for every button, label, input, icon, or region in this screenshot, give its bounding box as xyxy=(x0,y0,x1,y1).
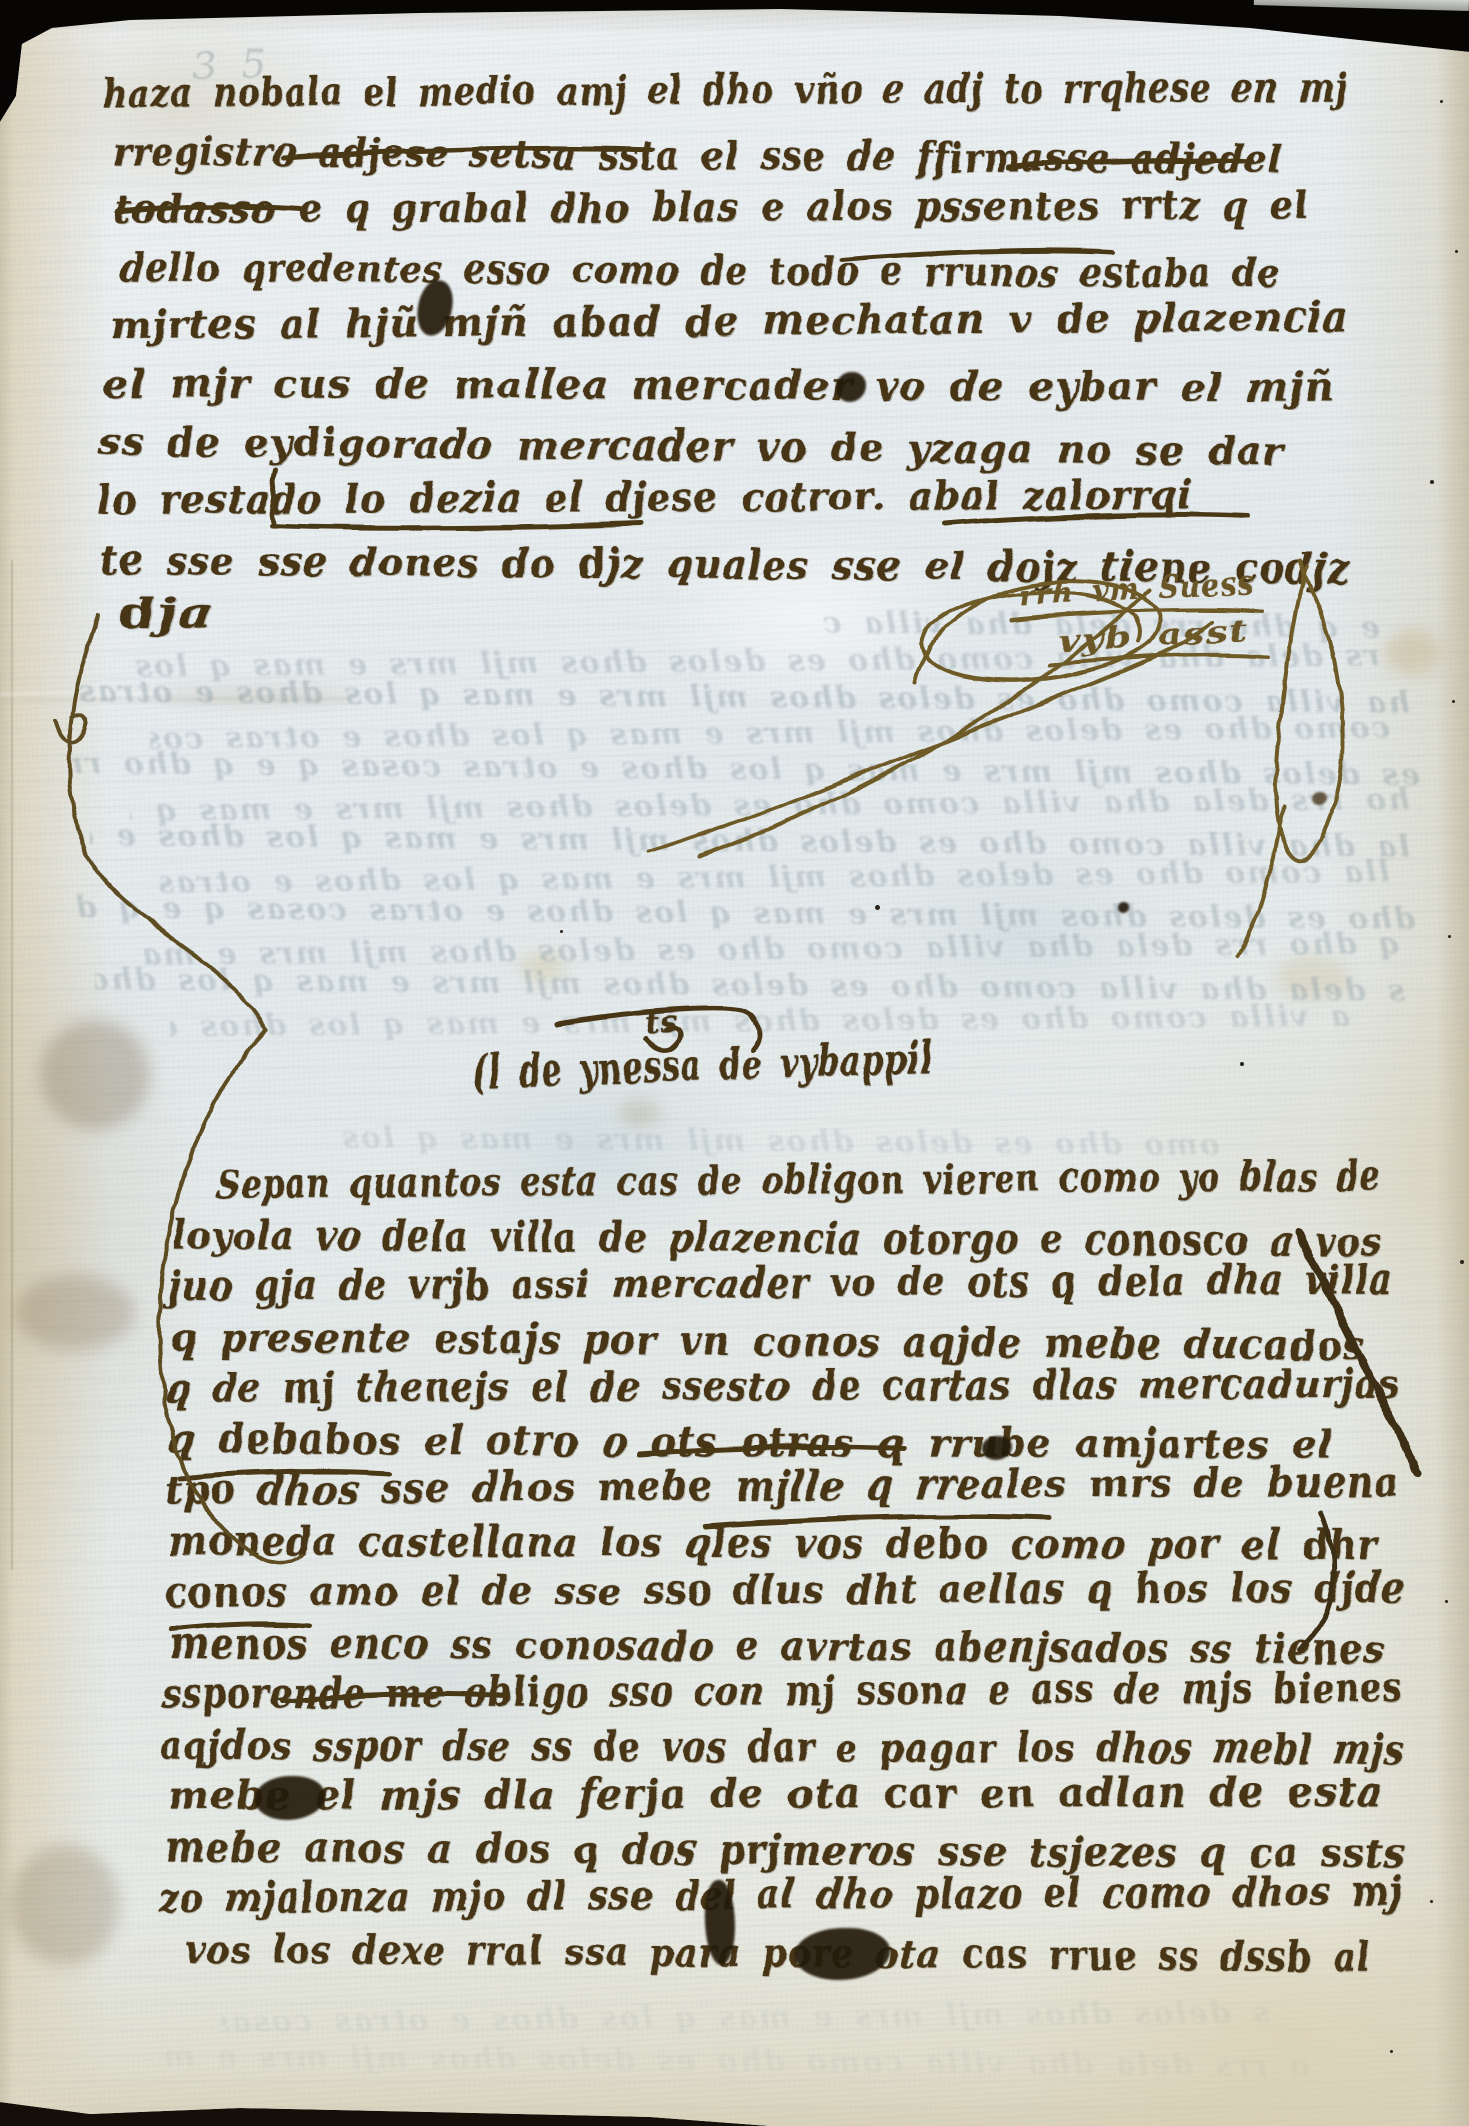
heading-flourish xyxy=(557,1009,759,1050)
margin-flourish xyxy=(56,616,302,1564)
manuscript-page: e q dho rrs dela dha villa como dho es d… xyxy=(0,0,1469,2126)
strikethrough-stroke xyxy=(118,148,1252,1700)
signature-rubric xyxy=(648,562,1343,956)
descender-slash xyxy=(1298,1232,1418,1650)
manuscript-scan: e q dho rrs dela dha villa como dho es d… xyxy=(0,0,1469,2126)
adjacent-page-edge xyxy=(1254,0,1469,11)
flourish-overlay xyxy=(0,0,1469,2126)
